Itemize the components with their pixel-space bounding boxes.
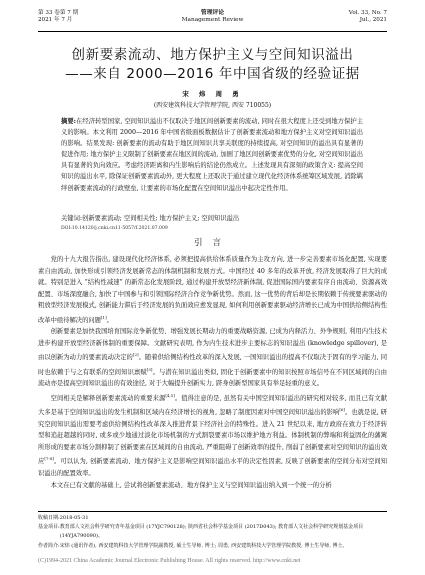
keywords-text: 创新要素流动; 空间相关性; 地方保护主义; 空间知识溢出 [82, 215, 239, 222]
abstract: 摘要:在经济转型国家, 空间知识溢出不仅取决于地区间创新要素的流动, 同时在很大… [61, 116, 363, 194]
copyright-notice: (C)1994-2021 China Academic Journal Elec… [38, 558, 387, 564]
journal-name: 管理评论 Management Review [38, 10, 387, 24]
abstract-label: 摘要: [61, 118, 76, 125]
paragraph: 本文在已有文献的基础上, 尝试将创新要素流动、地方保护主义与空间知识溢出纳入到一… [38, 480, 387, 492]
authors: 宋 炜 周 勇 [0, 89, 425, 98]
citation[interactable]: [4,5] [165, 393, 174, 398]
article-title: 创新要素流动、地方保护主义与空间知识溢出 [0, 47, 425, 64]
keywords-label: 关键词: [61, 215, 82, 222]
body-text: 党的十九大报告指出, 建设现代化经济体系, 必须把提高供给体系质量作为主攻方向,… [38, 254, 387, 491]
footnotes: 收稿日期:2018-05-31 基金项目:教育部人文社会科学研究青年基金项目 (… [38, 514, 387, 551]
volume-info-en: Vol. 33, No. 7 Jul., 2021 [349, 10, 387, 24]
citation[interactable]: [7-8] [44, 456, 54, 461]
article-subtitle: ——来自 2000—2016 年中国省级的经验证据 [0, 66, 425, 83]
affiliation: (西安建筑科技大学管理学院, 西安 710055) [0, 100, 425, 109]
abstract-text: 在经济转型国家, 空间知识溢出不仅取决于地区间创新要素的流动, 同时在很大程度上… [61, 118, 363, 192]
citation[interactable]: [1] [101, 315, 107, 320]
received-date: 收稿日期:2018-05-31 [38, 514, 387, 523]
doi: DOI:10.14120/j.cnki.cn11-5057/f.2021.07.… [61, 226, 168, 231]
section-title: 引言 [0, 236, 425, 248]
header-rule [38, 31, 387, 32]
paragraph: 空间相关是解释创新要素流动的重要来源[4,5]。值得注意的是, 虽然有关中国空间… [38, 390, 387, 480]
author-bio: 作者简介:宋炜 (通讯作者), 西安建筑科技大学管理学院副教授, 硕士生导师, … [38, 542, 387, 551]
paragraph: 党的十九大报告指出, 建设现代化经济体系, 必须把提高供给体系质量作为主攻方向,… [38, 254, 387, 326]
keywords: 关键词:创新要素流动; 空间相关性; 地方保护主义; 空间知识溢出 [61, 213, 363, 222]
footnote-rule [38, 511, 387, 512]
paragraph: 创新要素是加快我国培育国际竞争新优势、增强发展长期动力的重要战略资源, 已成为内… [38, 326, 387, 390]
fund-info: 基金项目:教育部人文社会科学研究青年基金项目 (17YJC790128); 陕西… [38, 523, 387, 541]
